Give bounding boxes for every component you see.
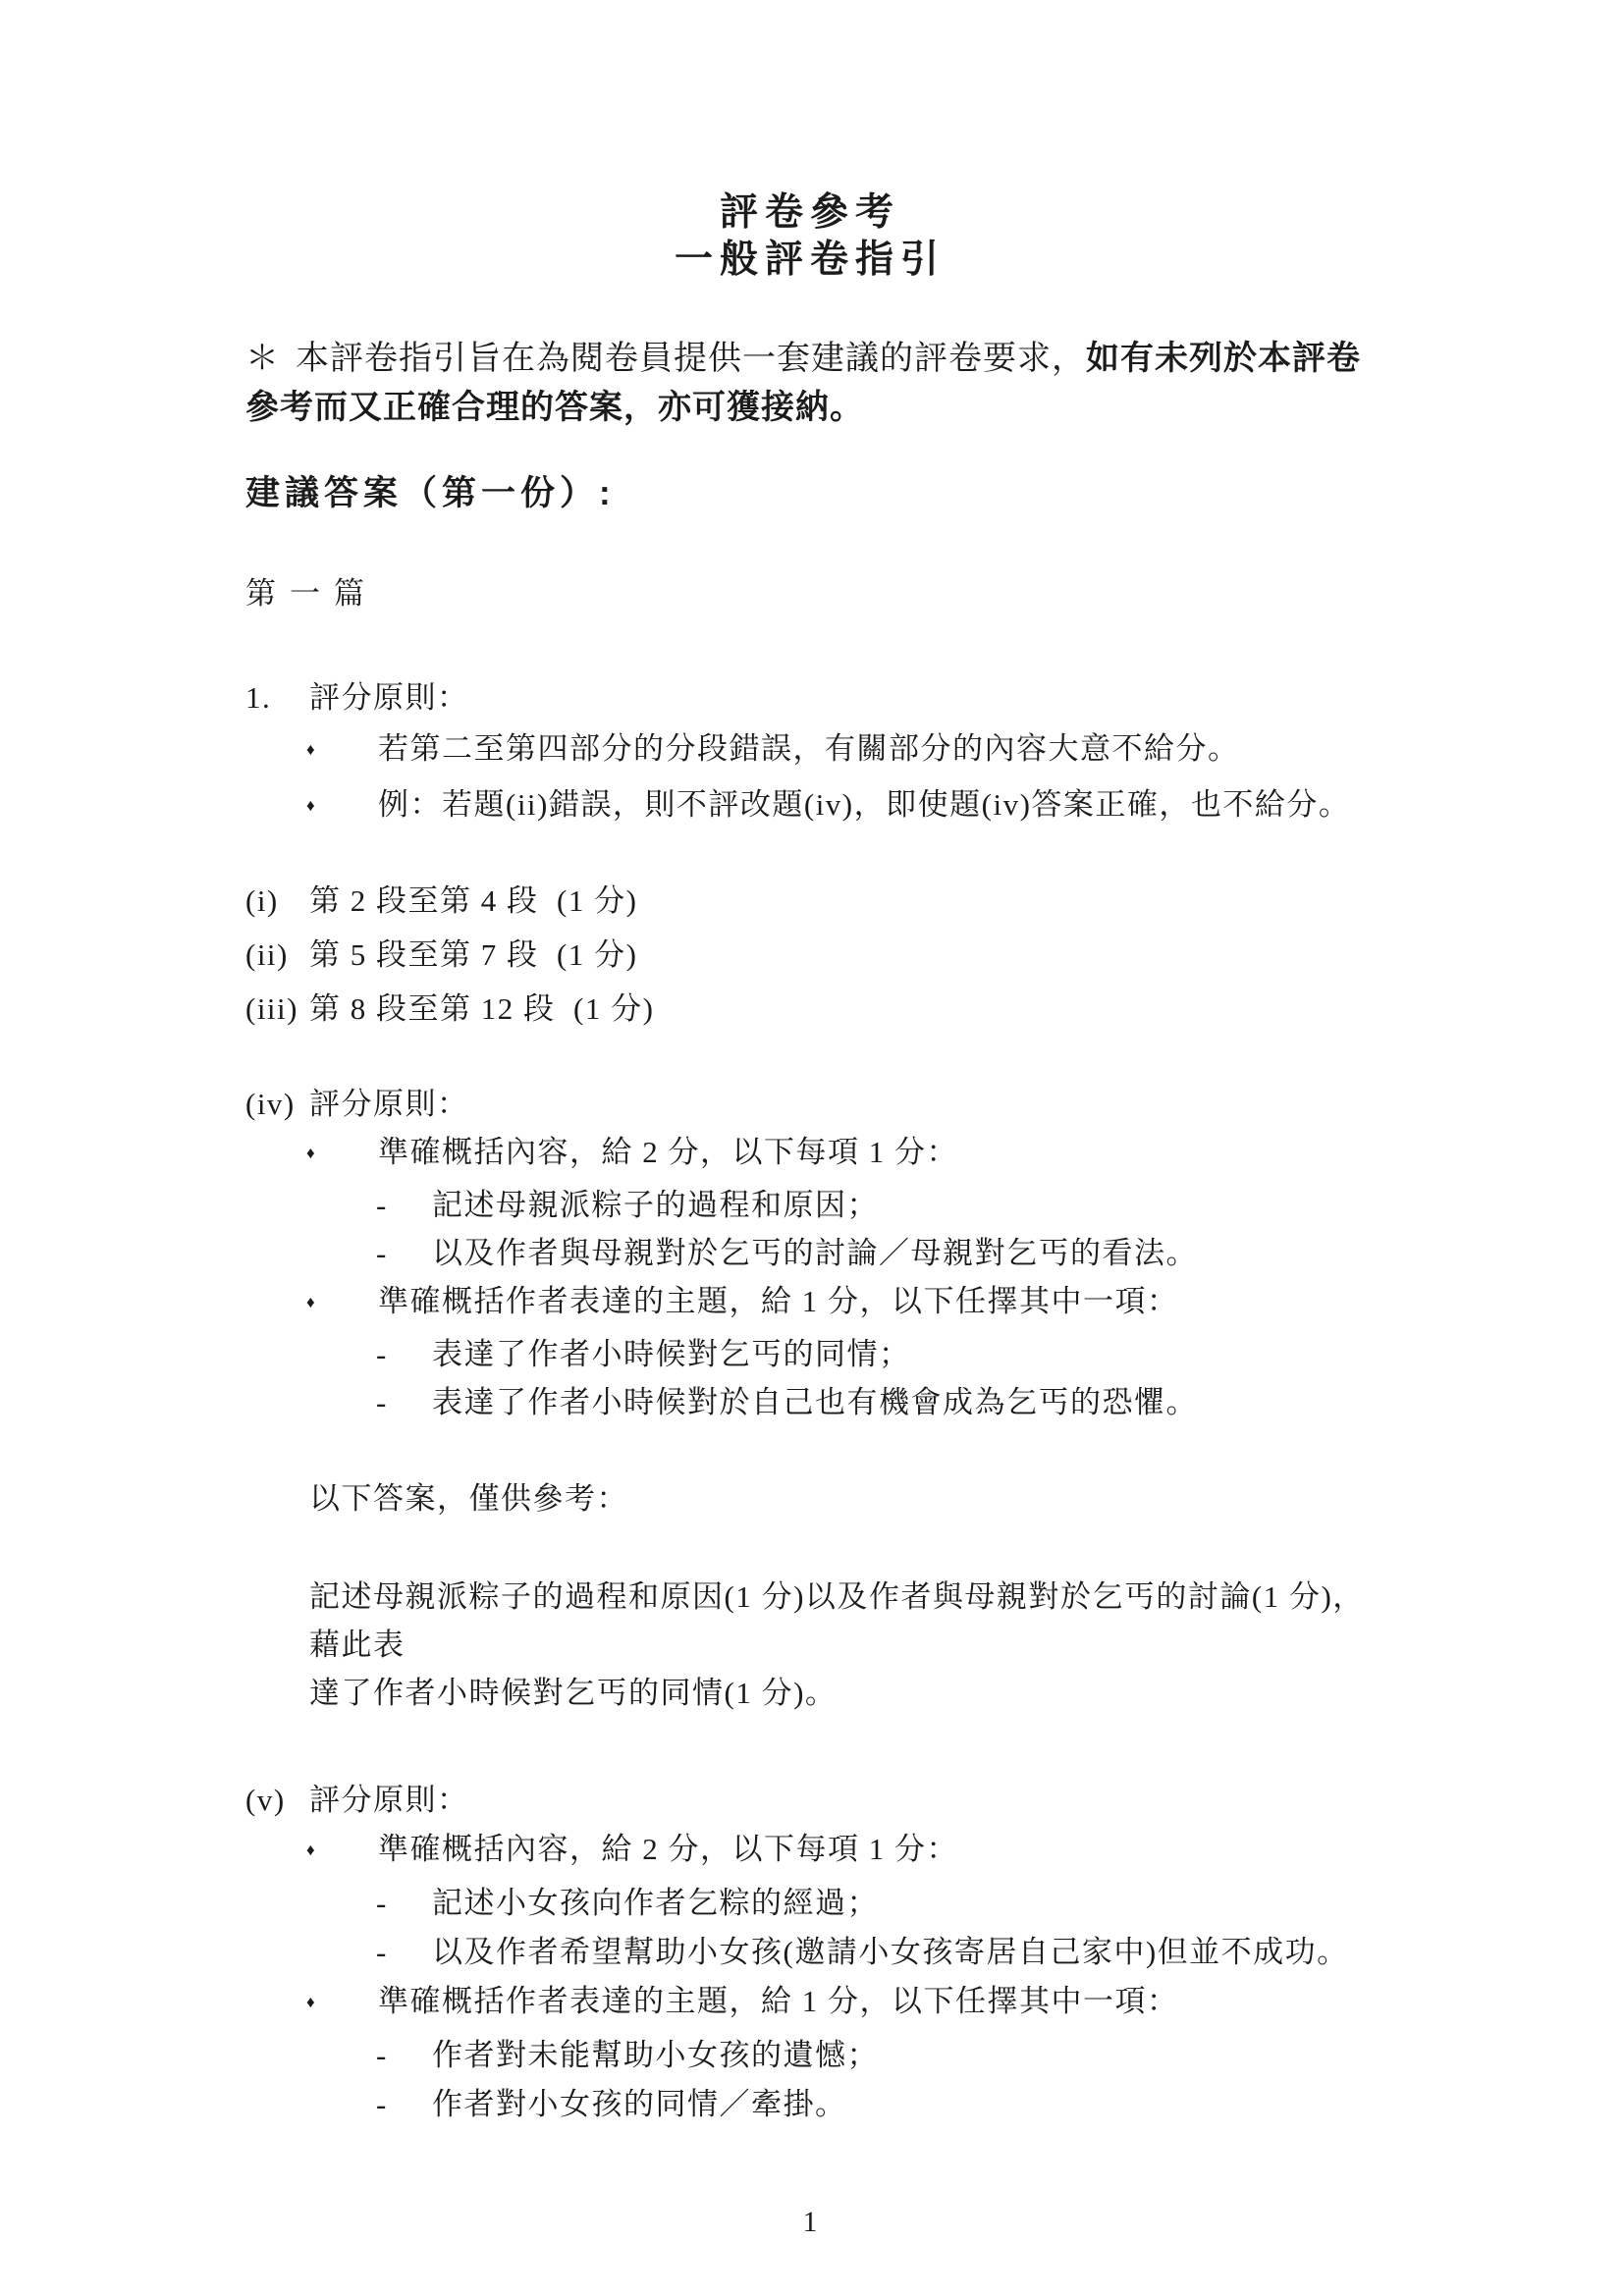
bullet-diamond-icon: ♦: [306, 1826, 378, 1875]
bullet-row: ♦ 若第二至第四部分的分段錯誤，有關部分的內容大意不給分。: [245, 723, 1375, 779]
bullet-diamond-icon: ♦: [306, 1278, 378, 1326]
page-content: 評卷參考 一般評卷指引 ＊本評卷指引旨在為閱卷員提供一套建議的評卷要求，如有未列…: [0, 0, 1623, 2242]
reference-note: 以下答案，僅供參考：: [309, 1474, 1375, 1523]
dash-icon: -: [376, 1229, 432, 1277]
dash-icon: -: [376, 1330, 432, 1378]
item-1-title: 評分原則：: [309, 672, 1375, 723]
mark-label: (iii): [245, 982, 309, 1036]
notice-paragraph: ＊本評卷指引旨在為閱卷員提供一套建議的評卷要求，如有未列於本評卷參考而又正確合理…: [245, 334, 1375, 432]
dash-text: 以及作者希望幫助小女孩(邀請小女孩寄居自己家中)但並不成功。: [432, 1928, 1375, 1977]
item-iv-title-row: (iv) 評分原則：: [245, 1080, 1375, 1128]
dash-icon: -: [376, 1879, 432, 1928]
dash-text: 表達了作者小時候對於自己也有機會成為乞丐的恐懼。: [432, 1378, 1375, 1426]
paragraph-marks-list: (i) 第 2 段至第 4 段 (1 分) (ii) 第 5 段至第 7 段 (…: [245, 874, 1375, 1036]
dash-text: 記述小女孩向作者乞粽的經過；: [432, 1879, 1375, 1928]
dash-text: 作者對小女孩的同情／牽掛。: [432, 2080, 1375, 2129]
dash-row: - 表達了作者小時候對於自己也有機會成為乞丐的恐懼。: [245, 1378, 1375, 1426]
dash-icon: -: [376, 1928, 432, 1977]
notice-normal-text: 本評卷指引旨在為閱卷員提供一套建議的評卷要求，: [296, 340, 1086, 377]
bullet-diamond-icon: ♦: [306, 1978, 378, 2027]
bullet-row: ♦ 準確概括內容，給 2 分，以下每項 1 分：: [245, 1128, 1375, 1181]
bullet-text: 準確概括內容，給 2 分，以下每項 1 分：: [378, 1825, 1375, 1874]
mark-row-i: (i) 第 2 段至第 4 段 (1 分): [245, 874, 1375, 928]
reference-answer-line: 記述母親派粽子的過程和原因(1 分)以及作者與母親對於乞丐的討論(1 分)，藉此…: [309, 1573, 1375, 1669]
dash-text: 表達了作者小時候對乞丐的同情；: [432, 1330, 1375, 1378]
dash-text: 作者對未能幫助小女孩的遺憾；: [432, 2031, 1375, 2080]
item-v-label: (v): [245, 1776, 309, 1825]
item-iv-title: 評分原則：: [309, 1080, 1375, 1128]
item-1-label: 1.: [245, 672, 309, 723]
item-iv-label: (iv): [245, 1080, 309, 1128]
bullet-row: ♦ 準確概括內容，給 2 分，以下每項 1 分：: [245, 1825, 1375, 1879]
bullet-text: 準確概括作者表達的主題，給 1 分，以下任擇其中一項：: [378, 1277, 1375, 1325]
mark-text: 第 5 段至第 7 段 (1 分): [309, 928, 1375, 982]
item-v-title-row: (v) 評分原則：: [245, 1776, 1375, 1825]
title-line-2: 一般評卷指引: [245, 237, 1375, 284]
dash-icon: -: [376, 1181, 432, 1229]
bullet-diamond-icon: ♦: [306, 780, 378, 831]
bullet-diamond-icon: ♦: [306, 724, 378, 775]
dash-row: - 記述小女孩向作者乞粽的經過；: [245, 1879, 1375, 1928]
section-iv: (iv) 評分原則： ♦ 準確概括內容，給 2 分，以下每項 1 分： - 記述…: [245, 1080, 1375, 1426]
bullet-text: 準確概括內容，給 2 分，以下每項 1 分：: [378, 1128, 1375, 1176]
dash-text: 記述母親派粽子的過程和原因；: [432, 1181, 1375, 1229]
dash-row: - 作者對小女孩的同情／牽掛。: [245, 2080, 1375, 2129]
mark-label: (i): [245, 874, 309, 928]
passage-heading: 第一篇: [245, 569, 1375, 618]
document-page: 評卷參考 一般評卷指引 ＊本評卷指引旨在為閱卷員提供一套建議的評卷要求，如有未列…: [0, 0, 1623, 2296]
mark-text: 第 8 段至第 12 段 (1 分): [309, 982, 1375, 1036]
bullet-text: 若第二至第四部分的分段錯誤，有關部分的內容大意不給分。: [378, 723, 1375, 774]
reference-answer: 記述母親派粽子的過程和原因(1 分)以及作者與母親對於乞丐的討論(1 分)，藉此…: [309, 1573, 1375, 1717]
item-v-title: 評分原則：: [309, 1776, 1375, 1825]
bullet-row: ♦ 準確概括作者表達的主題，給 1 分，以下任擇其中一項：: [245, 1277, 1375, 1330]
dash-row: - 以及作者希望幫助小女孩(邀請小女孩寄居自己家中)但並不成功。: [245, 1928, 1375, 1977]
dash-icon: -: [376, 1378, 432, 1426]
asterisk-marker: ＊: [245, 334, 280, 383]
bullet-diamond-icon: ♦: [306, 1129, 378, 1177]
dash-row: - 作者對未能幫助小女孩的遺憾；: [245, 2031, 1375, 2080]
mark-row-ii: (ii) 第 5 段至第 7 段 (1 分): [245, 928, 1375, 982]
section-v: (v) 評分原則： ♦ 準確概括內容，給 2 分，以下每項 1 分： - 記述小…: [245, 1776, 1375, 2129]
document-title: 評卷參考 一般評卷指引: [245, 189, 1375, 284]
dash-icon: -: [376, 2031, 432, 2080]
bullet-row: ♦ 準確概括作者表達的主題，給 1 分，以下任擇其中一項：: [245, 1977, 1375, 2031]
section-1: 1. 評分原則： ♦ 若第二至第四部分的分段錯誤，有關部分的內容大意不給分。 ♦…: [245, 672, 1375, 835]
page-number: 1: [245, 2203, 1375, 2242]
dash-row: - 表達了作者小時候對乞丐的同情；: [245, 1330, 1375, 1378]
dash-text: 以及作者與母親對於乞丐的討論／母親對乞丐的看法。: [432, 1229, 1375, 1277]
dash-icon: -: [376, 2080, 432, 2129]
bullet-text: 例：若題(ii)錯誤，則不評改題(iv)，即使題(iv)答案正確，也不給分。: [378, 779, 1375, 830]
mark-row-iii: (iii) 第 8 段至第 12 段 (1 分): [245, 982, 1375, 1036]
mark-text: 第 2 段至第 4 段 (1 分): [309, 874, 1375, 928]
dash-row: - 以及作者與母親對於乞丐的討論／母親對乞丐的看法。: [245, 1229, 1375, 1277]
title-line-1: 評卷參考: [245, 189, 1375, 237]
mark-label: (ii): [245, 928, 309, 982]
dash-row: - 記述母親派粽子的過程和原因；: [245, 1181, 1375, 1229]
answers-heading: 建議答案（第一份）:: [245, 469, 1375, 518]
reference-answer-line: 達了作者小時候對乞丐的同情(1 分)。: [309, 1669, 1375, 1717]
bullet-text: 準確概括作者表達的主題，給 1 分，以下任擇其中一項：: [378, 1977, 1375, 2026]
bullet-row: ♦ 例：若題(ii)錯誤，則不評改題(iv)，即使題(iv)答案正確，也不給分。: [245, 779, 1375, 835]
item-1-title-row: 1. 評分原則：: [245, 672, 1375, 723]
